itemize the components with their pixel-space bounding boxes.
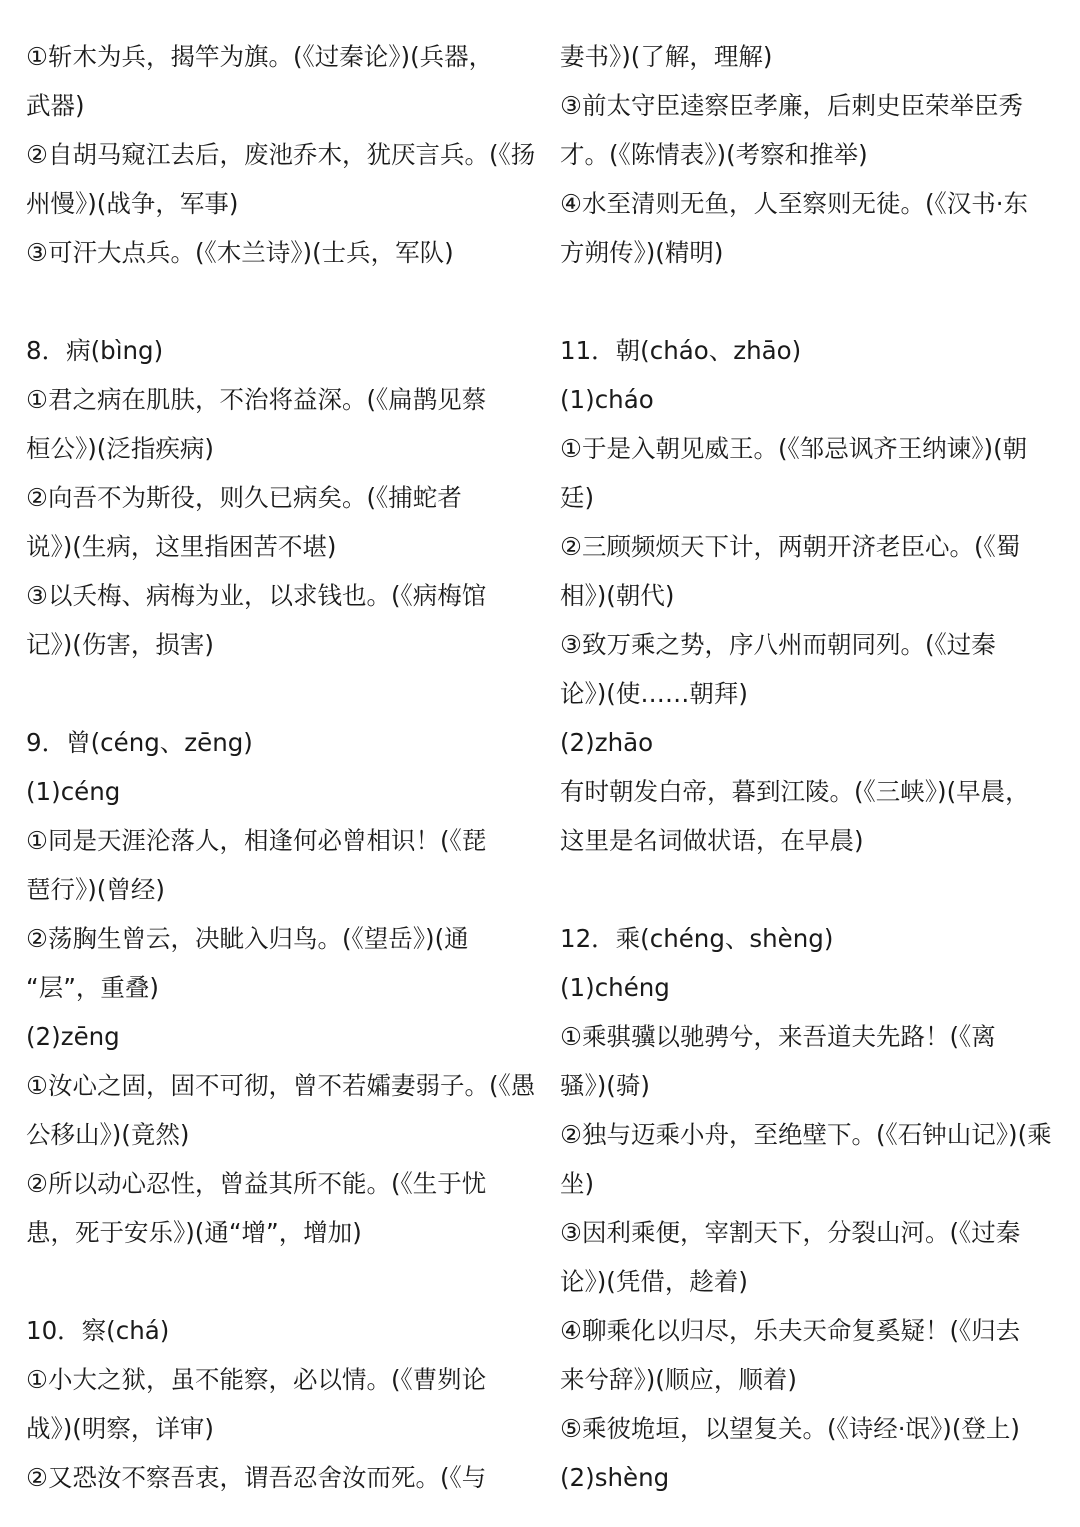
- blank-line: [26, 277, 526, 326]
- blank-line: [26, 669, 526, 718]
- text-line: ②又恐汝不察吾衷，谓吾忍舍汝而死。(《与: [26, 1453, 526, 1502]
- sub-heading: (2)zēng: [26, 1012, 526, 1061]
- text-line: ①乘骐骥以驰骋兮，来吾道夫先路！(《离: [560, 1012, 1065, 1061]
- text-line: 公移山》)(竟然): [26, 1110, 526, 1159]
- blank-line: [560, 865, 1065, 914]
- text-line: 武器): [26, 81, 526, 130]
- text-line: 方朔传》)(精明): [560, 228, 1065, 277]
- sub-heading: (1)céng: [26, 767, 526, 816]
- text-line: ⑤乘彼垝垣，以望复关。(《诗经·氓》)(登上): [560, 1404, 1065, 1453]
- sub-heading: (2)zhāo: [560, 718, 1065, 767]
- text-line: 才。(《陈情表》)(考察和推举): [560, 130, 1065, 179]
- text-line: 琶行》)(曾经): [26, 865, 526, 914]
- blank-line: [560, 277, 1065, 326]
- text-line: 患，死于安乐》)(通“增”，增加): [26, 1208, 526, 1257]
- text-line: 骚》)(骑): [560, 1061, 1065, 1110]
- text-line: ①同是天涯沦落人，相逢何必曾相识！(《琵: [26, 816, 526, 865]
- entry-heading: 10．察(chá): [26, 1306, 526, 1355]
- entry-heading: 8．病(bìng): [26, 326, 526, 375]
- text-line: 来兮辞》)(顺应，顺着): [560, 1355, 1065, 1404]
- text-line: ③前太守臣逵察臣孝廉，后刺史臣荣举臣秀: [560, 81, 1065, 130]
- text-line: 论》)(凭借，趁着): [560, 1257, 1065, 1306]
- text-line: 坐): [560, 1159, 1065, 1208]
- text-line: ①于是入朝见威王。(《邹忌讽齐王纳谏》)(朝: [560, 424, 1065, 473]
- text-line: 记》)(伤害，损害): [26, 620, 526, 669]
- sub-heading: (2)shèng: [560, 1453, 1065, 1502]
- entry-heading: 12．乘(chéng、shèng): [560, 914, 1065, 963]
- text-line: 有时朝发白帝，暮到江陵。(《三峡》)(早晨，: [560, 767, 1065, 816]
- text-line: ③因利乘便，宰割天下，分裂山河。(《过秦: [560, 1208, 1065, 1257]
- text-line: ③以夭梅、病梅为业，以求钱也。(《病梅馆: [26, 571, 526, 620]
- text-line: ②自胡马窥江去后，废池乔木，犹厌言兵。(《扬: [26, 130, 526, 179]
- text-line: 战》)(明察，详审): [26, 1404, 526, 1453]
- blank-line: [26, 1257, 526, 1306]
- sub-heading: (1)cháo: [560, 375, 1065, 424]
- text-line: “层”，重叠): [26, 963, 526, 1012]
- left-column: ①斩木为兵，揭竿为旗。(《过秦论》)(兵器， 武器) ②自胡马窥江去后，废池乔木…: [26, 32, 526, 1502]
- text-line: ①汝心之固，固不可彻，曾不若孀妻弱子。(《愚: [26, 1061, 526, 1110]
- text-line: 说》)(生病，这里指困苦不堪): [26, 522, 526, 571]
- text-line: ②向吾不为斯役，则久已病矣。(《捕蛇者: [26, 473, 526, 522]
- right-column: 妻书》)(了解，理解) ③前太守臣逵察臣孝廉，后刺史臣荣举臣秀 才。(《陈情表》…: [560, 32, 1065, 1502]
- text-line: ②三顾频烦天下计，两朝开济老臣心。(《蜀: [560, 522, 1065, 571]
- text-line: ②独与迈乘小舟，至绝壁下。(《石钟山记》)(乘: [560, 1110, 1065, 1159]
- text-line: ④水至清则无鱼，人至察则无徒。(《汉书·东: [560, 179, 1065, 228]
- text-line: ①小大之狱，虽不能察，必以情。(《曹刿论: [26, 1355, 526, 1404]
- text-line: ④聊乘化以归尽，乐夫天命复奚疑！(《归去: [560, 1306, 1065, 1355]
- text-line: 相》)(朝代): [560, 571, 1065, 620]
- sub-heading: (1)chéng: [560, 963, 1065, 1012]
- text-line: ①君之病在肌肤，不治将益深。(《扁鹊见蔡: [26, 375, 526, 424]
- entry-heading: 9．曾(céng、zēng): [26, 718, 526, 767]
- text-line: ①斩木为兵，揭竿为旗。(《过秦论》)(兵器，: [26, 32, 526, 81]
- text-line: ②所以动心忍性，曾益其所不能。(《生于忧: [26, 1159, 526, 1208]
- text-line: 妻书》)(了解，理解): [560, 32, 1065, 81]
- entry-heading: 11．朝(cháo、zhāo): [560, 326, 1065, 375]
- text-line: 论》)(使……朝拜): [560, 669, 1065, 718]
- text-line: ③可汗大点兵。(《木兰诗》)(士兵，军队): [26, 228, 526, 277]
- text-line: 这里是名词做状语，在早晨): [560, 816, 1065, 865]
- text-line: 桓公》)(泛指疾病): [26, 424, 526, 473]
- text-line: 廷): [560, 473, 1065, 522]
- text-line: ③致万乘之势，序八州而朝同列。(《过秦: [560, 620, 1065, 669]
- text-line: ②荡胸生曾云，决眦入归鸟。(《望岳》)(通: [26, 914, 526, 963]
- text-line: 州慢》)(战争，军事): [26, 179, 526, 228]
